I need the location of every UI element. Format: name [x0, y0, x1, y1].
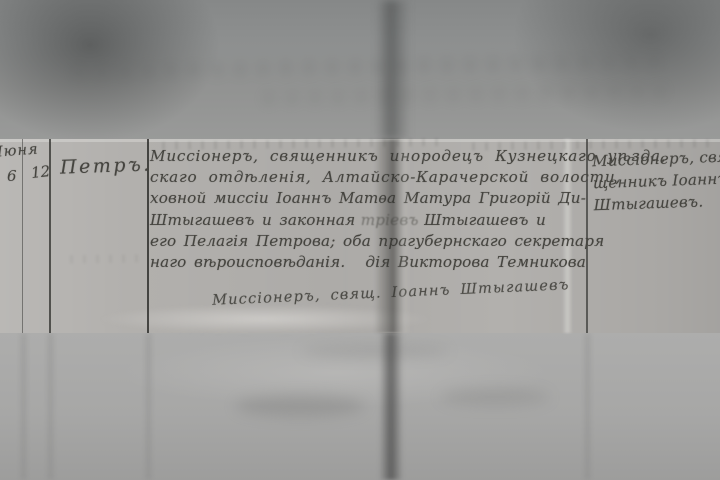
- blurred-rule-line: [147, 333, 150, 480]
- record-line-segment: Штыгашевъ и: [424, 211, 546, 232]
- binding-crease-shadow: [376, 0, 410, 140]
- record-details: Миссіонеръ, священникъ инородецъ Кузнецк…: [150, 147, 586, 274]
- record-baptism-day: 12: [30, 162, 51, 182]
- record-line-segment: Штыгашевъ и законная: [150, 211, 355, 232]
- blurred-ink-smudge: [440, 388, 550, 406]
- binding-crease-shadow: [379, 333, 403, 480]
- blurred-rule-line: [586, 333, 589, 480]
- table-column-line: [22, 139, 23, 333]
- record-line-segment: наго вѣроисповѣданія.: [150, 253, 345, 274]
- record-details-line: скаго отдѣленія, Алтайско-Карачерской во…: [150, 168, 586, 189]
- record-details-line: Миссіонеръ, священникъ инородецъ Кузнецк…: [150, 147, 586, 168]
- officiant-line: Штыгашевъ.: [593, 192, 720, 219]
- ink-bleed-ghost: [60, 254, 138, 263]
- record-line-segment: ховной миссіи Іоаннъ Матѳа: [150, 189, 396, 210]
- binding-crease-shadow: [374, 139, 412, 333]
- record-line-segment: его Пелагія Петрова; оба пра: [150, 232, 407, 253]
- record-officiant: Миссіонеръ, свя-щенникъ ІоаннъШтыгашевъ.: [592, 148, 720, 218]
- record-details-line: ховной миссіи Іоаннъ МатѳаМатура Григорі…: [150, 189, 586, 210]
- record-line-segment: губернскаго секретаря: [407, 232, 604, 253]
- record-given-name: Петръ.: [60, 153, 152, 178]
- blurred-ink-smudge: [300, 345, 450, 357]
- record-birth-day: 6: [7, 167, 17, 185]
- blurred-ink-smudge: [235, 395, 365, 417]
- record-details-line: его Пелагія Петрова; оба прагубернскаго …: [150, 232, 586, 253]
- record-details-line: Штыгашевъ и законнаятріевъШтыгашевъ и: [150, 211, 546, 232]
- record-row: Іюня 6 12 Петръ. Миссіонеръ, священникъ …: [0, 139, 720, 333]
- blurred-rule-line: [49, 333, 52, 480]
- scanned-registry-page: Іюня 6 12 Петръ. Миссіонеръ, священникъ …: [0, 0, 720, 480]
- record-month: Іюня: [0, 142, 39, 161]
- record-line-segment: Матура Григорій Ди-: [404, 189, 586, 210]
- blurred-rule-line: [22, 333, 25, 480]
- record-details-line: наго вѣроисповѣданія.дія Викторова Темни…: [150, 253, 586, 274]
